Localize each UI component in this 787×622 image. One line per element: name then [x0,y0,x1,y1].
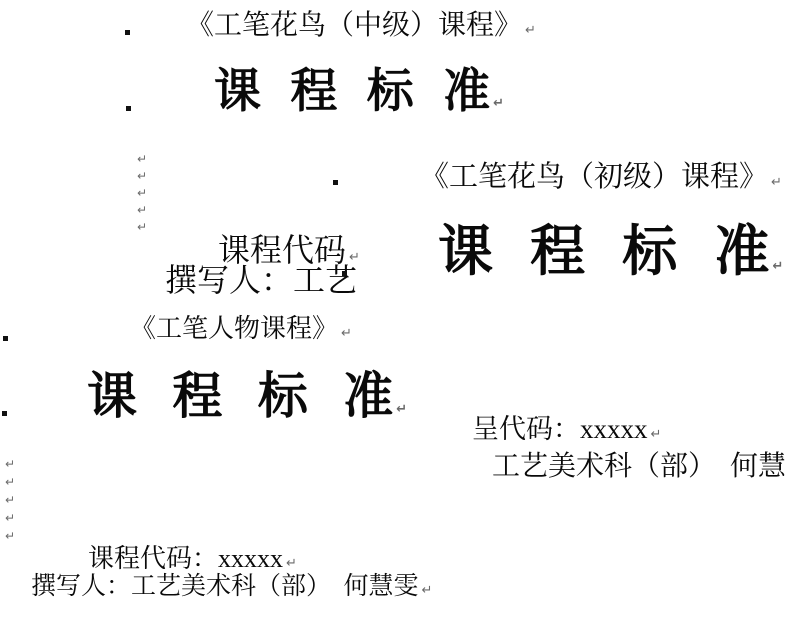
paragraph-mark-icon: ↵ [5,509,15,527]
square-bullet-icon [126,106,131,111]
paragraph-mark-icon: ↵ [771,175,782,190]
paragraph-mark-icon: ↵ [341,326,352,341]
square-bullet-icon [3,336,8,341]
paragraph-mark-icon: ↵ [5,455,15,473]
heading-course-standard-2: 课 程 标 准↵ [438,224,783,279]
paragraph-mark-icon: ↵ [137,151,147,168]
paragraph-mark-icon: ↵ [493,96,504,111]
heading-text: 课 程 标 准 [87,367,393,425]
heading-course-standard-1: 课 程 标 准↵ [214,68,504,115]
writer-text: 撰写人：工艺 [165,262,357,298]
paragraph-mark-icon: ↵ [286,556,297,571]
heading-text: 课 程 标 准 [438,219,769,283]
writer-label-1: 撰写人：工艺 [165,264,357,296]
paragraph-mark-icon: ↵ [137,185,147,202]
square-bullet-icon [342,271,347,276]
empty-paragraph-marks-bottom: ↵ ↵ ↵ ↵ ↵ [5,455,15,545]
paragraph-mark-icon: ↵ [5,473,15,491]
paragraph-mark-icon: ↵ [651,427,662,442]
course-code-text: 课程代码：xxxxx [88,544,283,573]
paragraph-mark-icon: ↵ [137,219,147,236]
square-bullet-icon [333,180,338,185]
course-code-label-2: 呈代码：xxxxx↵ [472,416,661,443]
paragraph-mark-icon: ↵ [396,402,407,417]
course-title-text: 《工笔花鸟（中级）课程》 [186,10,522,41]
department-author-text: 工艺美术科（部） 何慧 [492,451,786,482]
paragraph-mark-icon: ↵ [525,23,536,38]
paragraph-mark-icon: ↵ [422,583,433,598]
course-code-label-3: 课程代码：xxxxx↵ [88,546,297,572]
paragraph-mark-icon: ↵ [137,202,147,219]
heading-course-standard-3: 课 程 标 准↵ [87,371,407,421]
course-title-text: 《工笔人物课程》 [130,314,338,343]
paragraph-mark-icon: ↵ [772,259,783,274]
course-code-text: 呈代码：xxxxx [472,414,648,444]
square-bullet-icon [125,30,130,35]
course-title-figure: 《工笔人物课程》↵ [130,316,352,342]
paragraph-mark-icon: ↵ [5,491,15,509]
paragraph-mark-icon: ↵ [137,168,147,185]
course-title-text: 《工笔花鸟（初级）课程》 [420,161,768,193]
heading-text: 课 程 标 准 [214,64,490,119]
department-author-label-2: 工艺美术科（部） 何慧 [492,453,786,481]
paragraph-mark-icon: ↵ [5,527,15,545]
document-canvas: { "colors": { "background": "#ffffff", "… [0,0,787,622]
square-bullet-icon [2,411,7,416]
course-title-intermediate: 《工笔花鸟（中级）课程》↵ [186,12,536,40]
writer-text: 撰写人：工艺美术科（部） 何慧雯 [31,573,419,600]
course-title-elementary: 《工笔花鸟（初级）课程》↵ [420,163,782,192]
empty-paragraph-marks-top: ↵ ↵ ↵ ↵ ↵ [137,151,147,236]
writer-label-3: 撰写人：工艺美术科（部） 何慧雯↵ [31,574,432,599]
